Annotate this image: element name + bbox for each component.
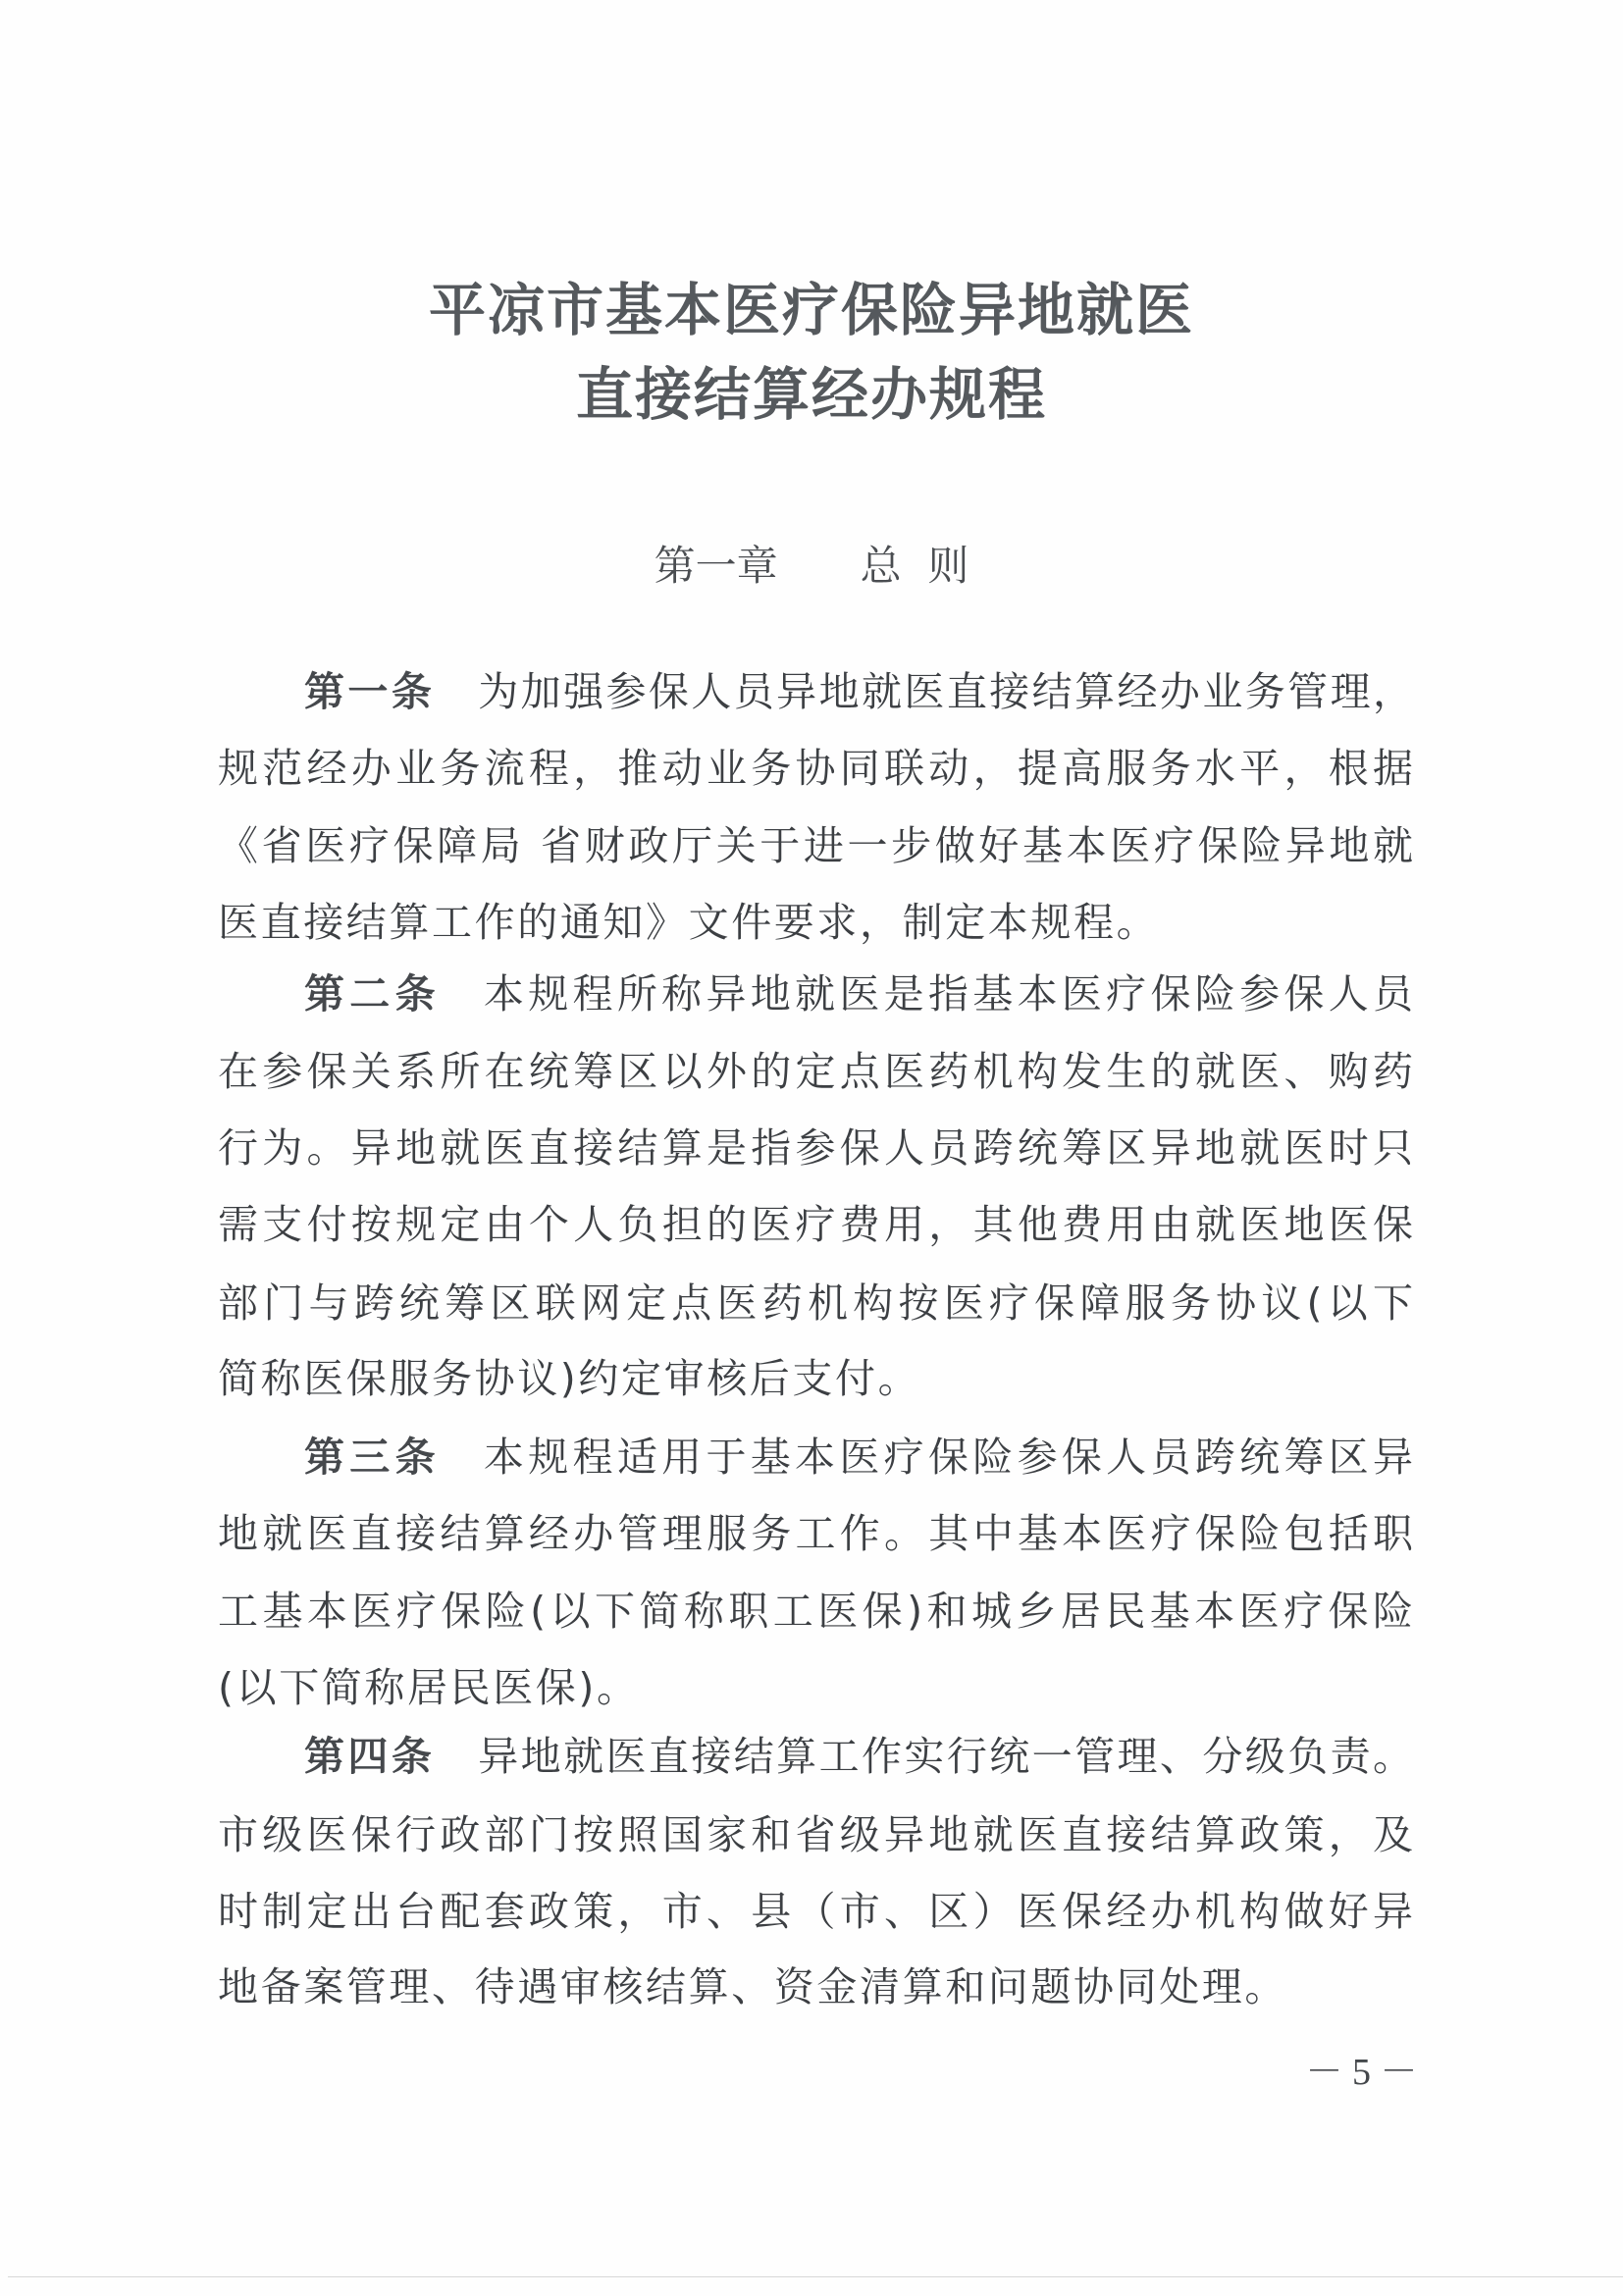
document-title-line-1: 平凉市基本医疗保险异地就医 — [0, 281, 1623, 339]
article-3-text: 本规程适用于基本医疗保险参保人员跨统筹区异 — [484, 1434, 1413, 1481]
document-page: 平凉市基本医疗保险异地就医 直接结算经办规程 第一章 总 则 第一条为加强参保人… — [0, 0, 1623, 2296]
article-1-line-4: 医直接结算工作的通知》文件要求，制定本规程。 — [218, 898, 1413, 947]
article-3-line-2: 地就医直接结算经办管理服务工作。其中基本医疗保险包括职 — [218, 1509, 1413, 1558]
article-2-line-6: 简称医保服务协议)约定审核后支付。 — [218, 1354, 1413, 1403]
document-title-line-2: 直接结算经办规程 — [0, 365, 1623, 424]
article-3-label: 第三条 — [304, 1434, 441, 1481]
article-2-text: 本规程所称异地就医是指基本医疗保险参保人员 — [484, 970, 1413, 1018]
article-4-text: 异地就医直接结算工作实行统一管理、分级负责。 — [478, 1733, 1413, 1780]
article-2-first-line: 第二条本规程所称异地就医是指基本医疗保险参保人员 — [304, 969, 1413, 1018]
article-3-line-4: (以下简称居民医保)。 — [218, 1663, 1413, 1712]
scan-edge-divider — [8, 2276, 1623, 2277]
article-4-first-line: 第四条异地就医直接结算工作实行统一管理、分级负责。 — [304, 1732, 1413, 1781]
article-4-line-2: 市级医保行政部门按照国家和省级异地就医直接结算政策，及 — [218, 1810, 1413, 1859]
article-2-line-3: 行为。异地就医直接结算是指参保人员跨统筹区异地就医时只 — [218, 1123, 1413, 1173]
article-2-line-5: 部门与跨统筹区联网定点医药机构按医疗保障服务协议(以下 — [218, 1278, 1413, 1328]
article-1-line-3: 《省医疗保障局 省财政厅关于进一步做好基本医疗保险异地就 — [218, 821, 1413, 870]
article-1-line-2: 规范经办业务流程，推动业务协同联动，提高服务水平，根据 — [218, 744, 1413, 793]
article-4-line-3: 时制定出台配套政策，市、县（市、区）医保经办机构做好异 — [218, 1887, 1413, 1936]
article-4-line-4: 地备案管理、待遇审核结算、资金清算和问题协同处理。 — [218, 1962, 1413, 2011]
article-3-line-3: 工基本医疗保险(以下简称职工医保)和城乡居民基本医疗保险 — [218, 1587, 1413, 1636]
article-3-first-line: 第三条本规程适用于基本医疗保险参保人员跨统筹区异 — [304, 1433, 1413, 1482]
article-1-first-line: 第一条为加强参保人员异地就医直接结算经办业务管理， — [304, 667, 1413, 716]
article-4-label: 第四条 — [304, 1733, 435, 1780]
page-number: － 5 － — [1305, 2051, 1418, 2094]
article-1-label: 第一条 — [304, 668, 435, 715]
article-2-label: 第二条 — [304, 970, 441, 1018]
chapter-heading: 第一章 总 则 — [0, 544, 1623, 589]
article-2-line-4: 需支付按规定由个人负担的医疗费用，其他费用由就医地医保 — [218, 1200, 1413, 1249]
article-2-line-2: 在参保关系所在统筹区以外的定点医药机构发生的就医、购药 — [218, 1047, 1413, 1096]
article-1-text: 为加强参保人员异地就医直接结算经办业务管理， — [478, 668, 1413, 715]
